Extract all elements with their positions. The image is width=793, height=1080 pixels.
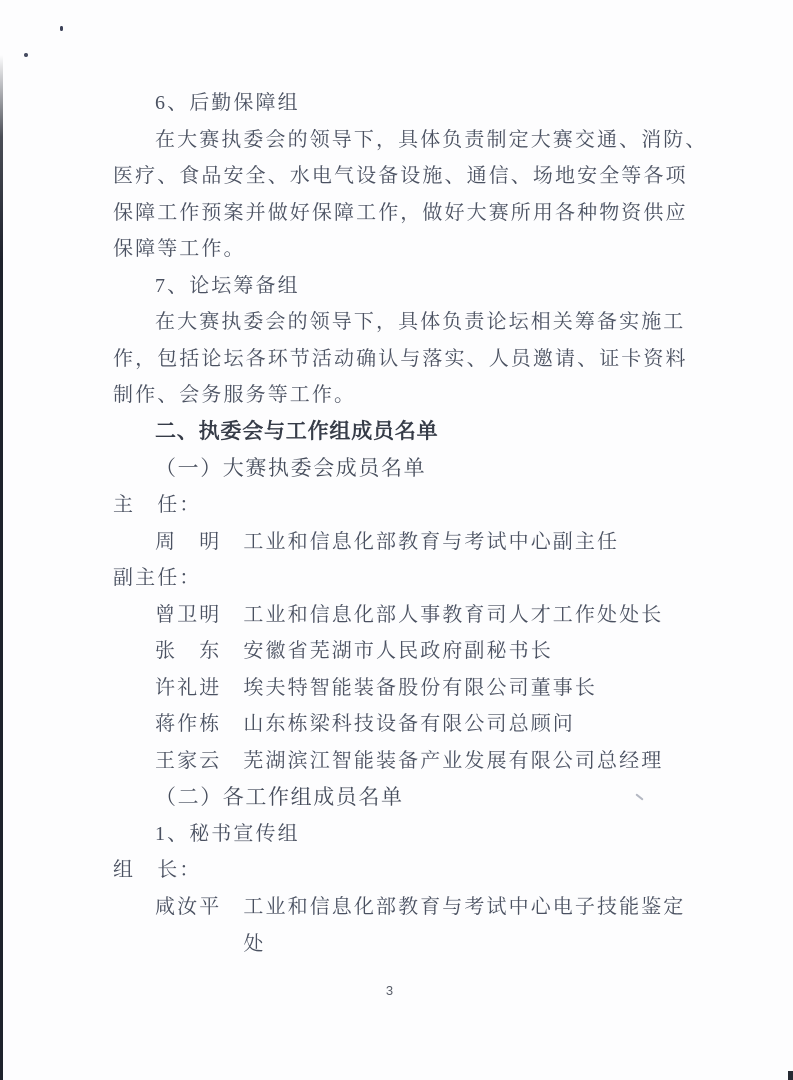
paragraph-line: 保障等工作。	[113, 231, 693, 268]
paragraph-line: 在大赛执委会的领导下，具体负责论坛相关筹备实施工	[113, 304, 693, 341]
item-7-forum-group-heading: 7、论坛筹备组	[113, 268, 693, 305]
subsection-2-heading: （二）各工作组成员名单	[113, 779, 693, 816]
member-row: 张 东 安徽省芜湖市人民政府副秘书长	[113, 633, 693, 670]
item-6-logistics-group-heading: 6、后勤保障组	[113, 85, 693, 122]
item-1-secretary-group-heading: 1、秘书宣传组	[113, 816, 693, 853]
scan-edge-artifact	[0, 55, 3, 1080]
page-body: 6、后勤保障组 在大赛执委会的领导下，具体负责制定大赛交通、消防、 医疗、食品安…	[113, 85, 693, 962]
page-number: 3	[0, 983, 786, 998]
label-deputy-directors: 副主任：	[113, 560, 693, 597]
paragraph-line: 保障工作预案并做好保障工作，做好大赛所用各种物资供应	[113, 195, 693, 232]
scan-speck-artifact	[24, 53, 28, 57]
scan-speck-artifact	[60, 26, 63, 31]
paragraph-line: 医疗、食品安全、水电气设备设施、通信、场地安全等各项	[113, 158, 693, 195]
member-row: 周 明 工业和信息化部教育与考试中心副主任	[113, 524, 693, 561]
member-affiliation: 工业和信息化部教育与考试中心电子技能鉴定处	[243, 889, 693, 962]
scan-corner-artifact	[788, 1071, 793, 1080]
member-row: 蒋作栋 山东栋梁科技设备有限公司总顾问	[113, 706, 693, 743]
document-page: 6、后勤保障组 在大赛执委会的领导下，具体负责制定大赛交通、消防、 医疗、食品安…	[0, 0, 793, 1080]
paragraph-line: 作，包括论坛各环节活动确认与落实、人员邀请、证卡资料	[113, 341, 693, 378]
member-row: 王家云 芜湖滨江智能装备产业发展有限公司总经理	[113, 743, 693, 780]
label-group-leader: 组 长：	[113, 852, 693, 889]
paragraph-line: 制作、会务服务等工作。	[113, 377, 693, 414]
subsection-1-heading: （一）大赛执委会成员名单	[113, 450, 693, 487]
member-row-wrapped: 咸汝平 工业和信息化部教育与考试中心电子技能鉴定处	[113, 889, 693, 962]
member-row: 曾卫明 工业和信息化部人事教育司人才工作处处长	[113, 597, 693, 634]
label-director: 主 任：	[113, 487, 693, 524]
paragraph-line: 在大赛执委会的领导下，具体负责制定大赛交通、消防、	[113, 122, 693, 159]
section-2-heading: 二、执委会与工作组成员名单	[113, 414, 693, 451]
member-name: 咸汝平	[155, 889, 243, 926]
member-row: 许礼进 埃夫特智能装备股份有限公司董事长	[113, 670, 693, 707]
